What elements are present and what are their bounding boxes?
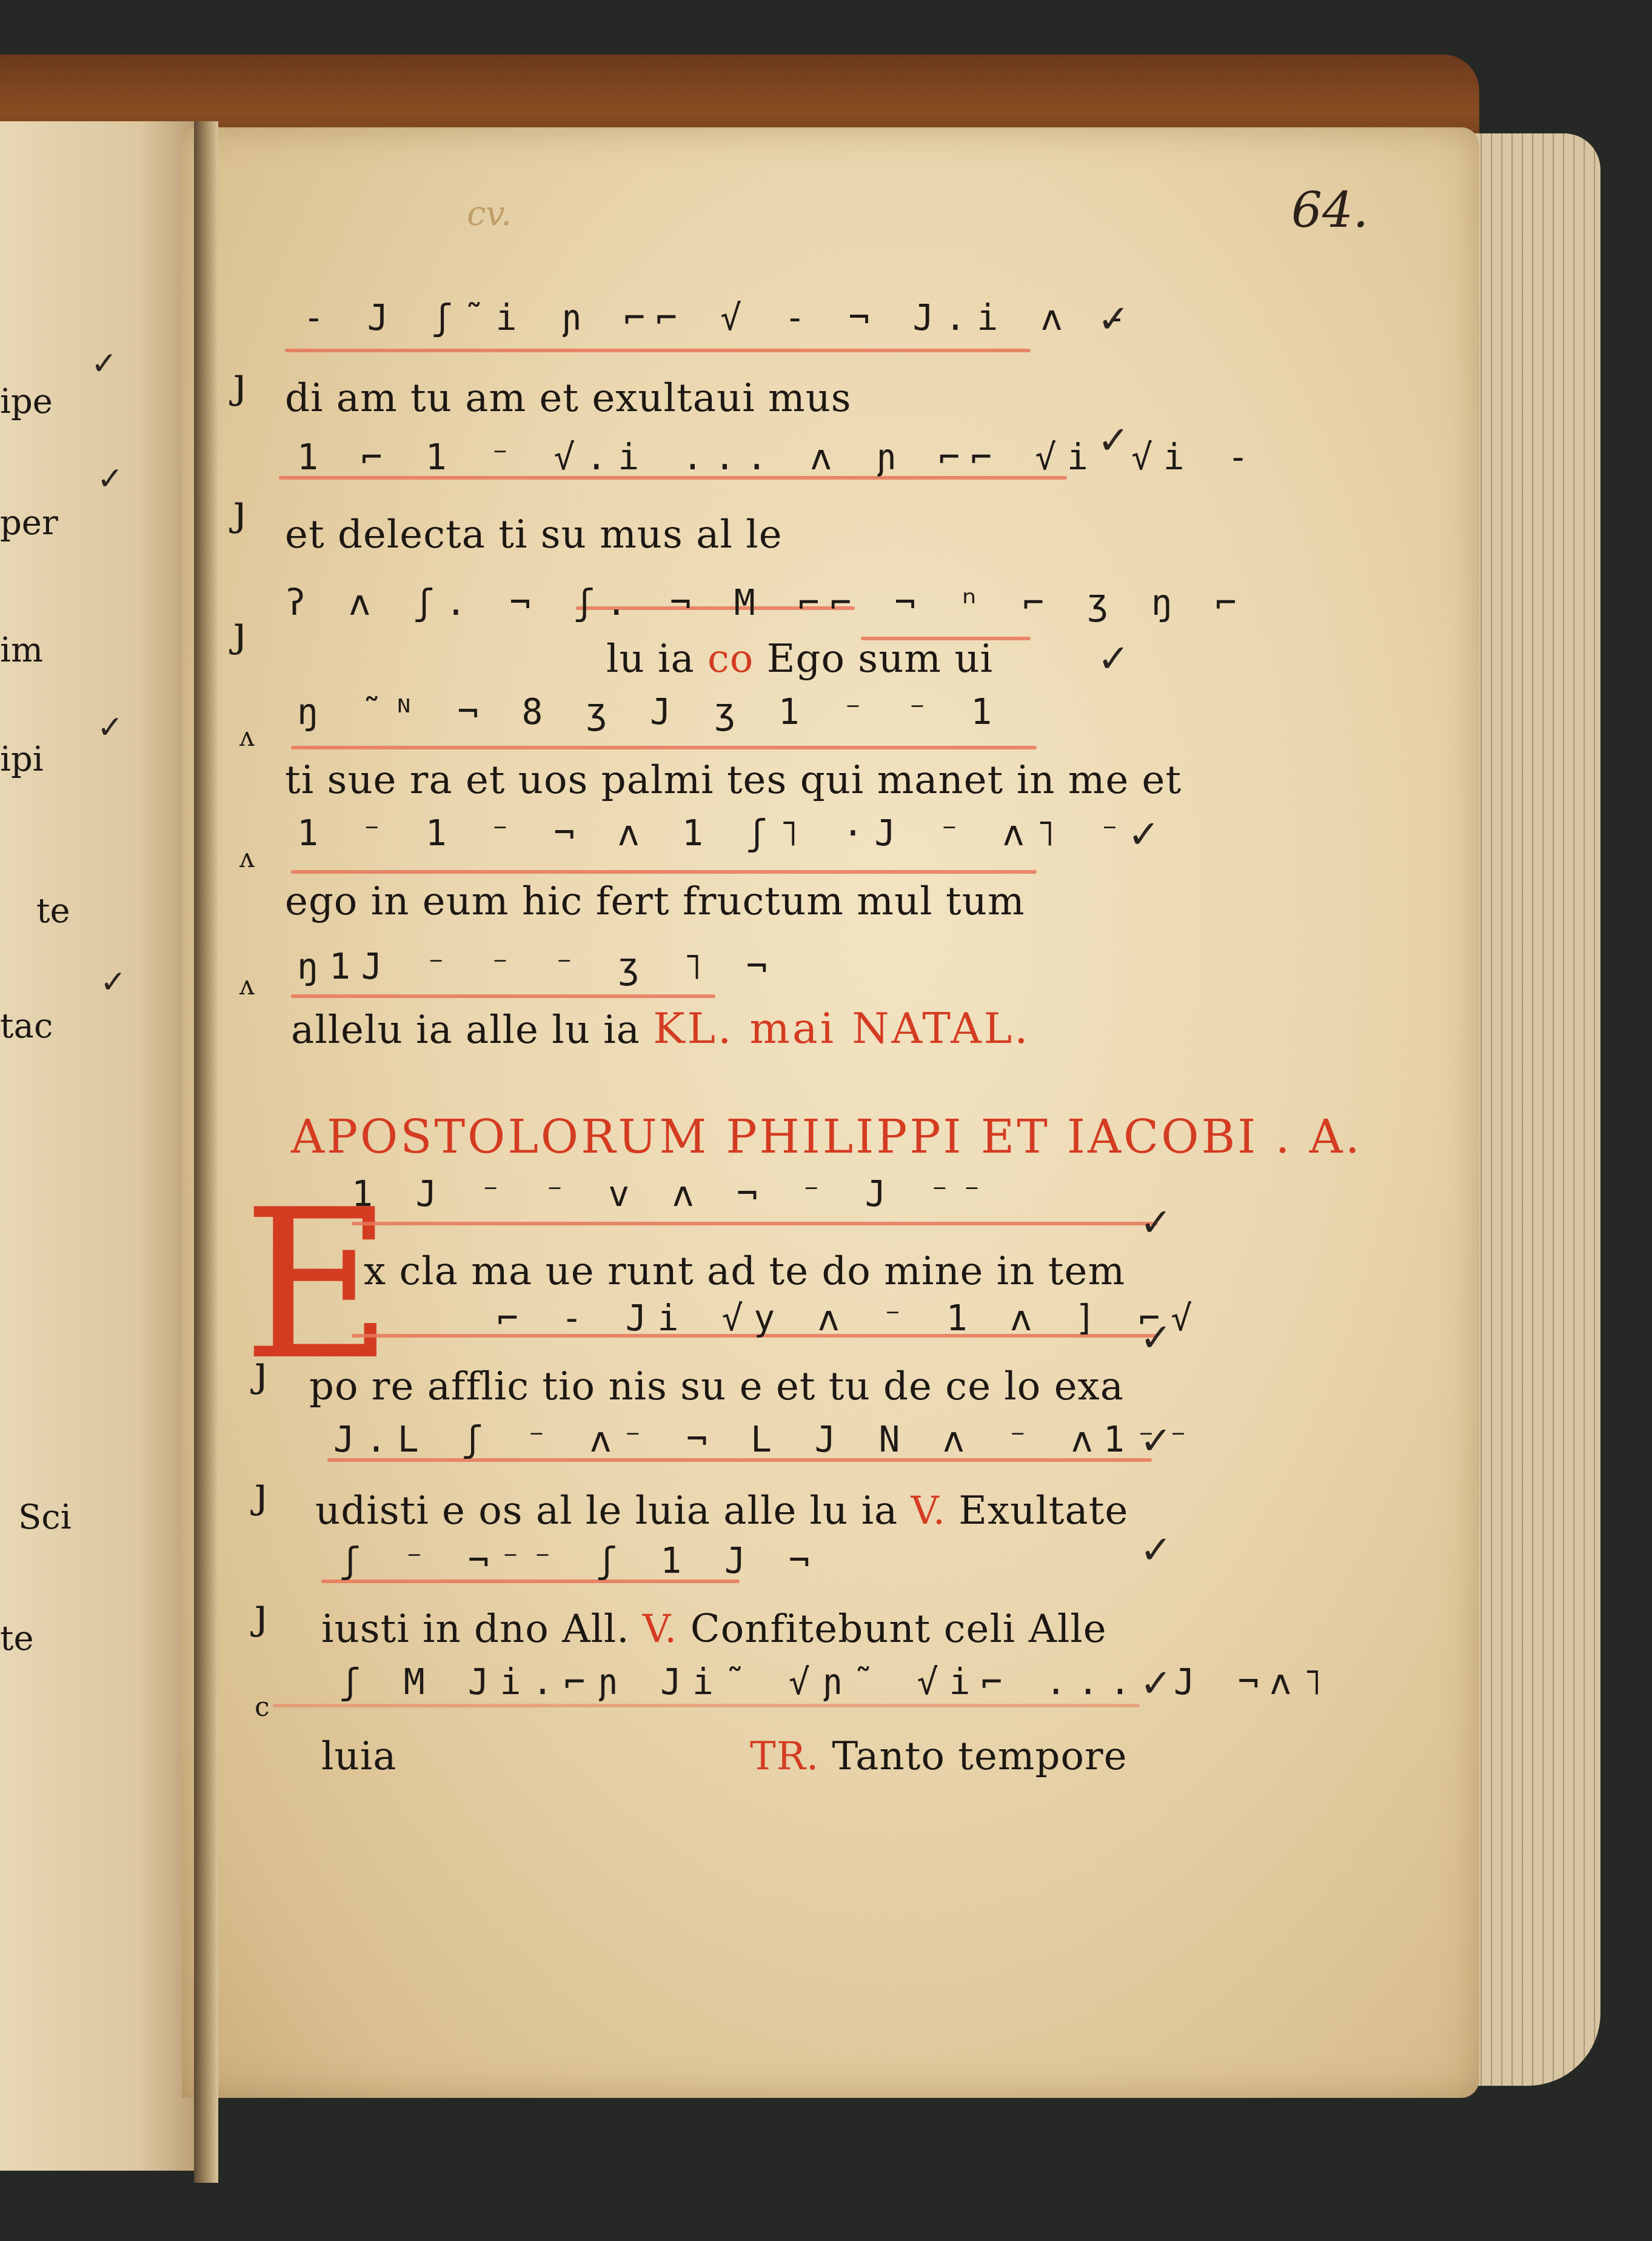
rubric-tract: TR. bbox=[750, 1734, 819, 1779]
library-stamp: cv. bbox=[467, 194, 512, 233]
clef-letter: c bbox=[255, 1692, 270, 1723]
custos-mark: ✓ bbox=[97, 461, 124, 497]
clef-letter: ᴧ bbox=[239, 970, 255, 1001]
left-fragment: tac bbox=[0, 1007, 53, 1046]
neume-line: ⌐ - Ji √y ʌ ⁻ 1 ʌ ] ⌐√ bbox=[497, 1298, 1203, 1339]
neume-line: 1 ⁻ 1 ⁻ ¬ ʌ 1 ʃ˥ ·J ⁻ ʌ˥ ⁻ bbox=[297, 812, 1131, 854]
neume-line: - J ʃ˜i ɲ ⌐⌐ √ - ¬ J.i ʌ - bbox=[303, 297, 1137, 338]
neume-line: ŋ1J ⁻ ⁻ ⁻ ʒ ˥ ¬ bbox=[297, 946, 778, 987]
rubric-verse: V. bbox=[911, 1489, 946, 1533]
chant-text: di am tu am et exultaui mus bbox=[285, 376, 852, 421]
clef-letter: ᴧ bbox=[239, 843, 255, 874]
gutter bbox=[194, 121, 218, 2183]
chant-text: ti sue ra et uos palmi tes qui manet in … bbox=[285, 758, 1182, 803]
left-fragment: ipi bbox=[0, 740, 44, 779]
clef-letter: ȷ bbox=[255, 1346, 268, 1396]
custos-mark: ✓ bbox=[100, 964, 127, 1000]
clef-letter: ȷ bbox=[233, 485, 247, 535]
custos-mark: ✓ bbox=[1097, 637, 1130, 682]
neume-line: J.L ʃ ⁻ ʌ⁻ ¬ L J N ʌ ⁻ ʌ1⁻⁻ bbox=[333, 1419, 1200, 1460]
left-page bbox=[0, 121, 202, 2171]
chant-text: allelu ia alle lu ia KL. mai NATAL. bbox=[291, 1003, 1030, 1053]
chant-text: lu ia co Ego sum ui bbox=[606, 637, 993, 682]
folio-number: 64. bbox=[1291, 182, 1368, 238]
left-fragment: Sci bbox=[18, 1498, 72, 1537]
custos-mark: ✓ bbox=[1140, 1201, 1172, 1245]
rubric-communion: co bbox=[707, 637, 754, 682]
left-fragment: im bbox=[0, 631, 43, 670]
custos-mark: ✓ bbox=[97, 709, 124, 746]
left-fragment: te bbox=[36, 891, 70, 931]
chant-text: et delecta ti su mus al le bbox=[285, 512, 783, 557]
clef-letter: ȷ bbox=[233, 606, 247, 656]
custos-mark: ✓ bbox=[1097, 297, 1130, 342]
chant-text: udisti e os al le luia alle lu ia V. Exu… bbox=[315, 1489, 1128, 1533]
chant-text: iusti in dno All. V. Confitebunt celi Al… bbox=[321, 1607, 1107, 1652]
neume-line: ʔ ʌ ʃ. ¬ ʃ. ¬ M ⌐⌐ ¬ ⁿ ⌐ ʒ ŋ ⌐ bbox=[285, 582, 1248, 623]
left-fragment: te bbox=[0, 1619, 34, 1658]
custos-mark: ✓ bbox=[1140, 1419, 1172, 1464]
rubric-verse: V. bbox=[643, 1607, 677, 1652]
chant-text: ego in eum hic fert fructum mul tum bbox=[285, 879, 1025, 924]
chant-text: x cla ma ue runt ad te do mine in tem bbox=[364, 1249, 1125, 1294]
neume-line: ŋ ˜ᴺ ¬ 8 ʒ J ʒ 1 ⁻ ⁻ 1 bbox=[297, 691, 1003, 732]
rubric-feast-date: KL. mai NATAL. bbox=[653, 1003, 1030, 1053]
custos-mark: ✓ bbox=[1140, 1661, 1172, 1706]
clef-letter: ȷ bbox=[255, 1589, 268, 1638]
neume-line: ʃ ⁻ ¬⁻⁻ ʃ 1 J ¬ bbox=[339, 1540, 821, 1581]
neume-line: 1 J ⁻ ⁻ v ʌ ¬ ⁻ J ⁻⁻ bbox=[352, 1173, 993, 1214]
clef-letter: ȷ bbox=[233, 358, 247, 407]
custos-mark: ✓ bbox=[91, 346, 118, 382]
feast-heading: APOSTOLORUM PHILIPPI ET IACOBI . A. bbox=[291, 1110, 1362, 1164]
chant-text: po re afflic tio nis su e et tu de ce lo… bbox=[309, 1364, 1124, 1409]
neume-line: ʃ M Ji.⌐ɲ Ji˜ √ɲ˜ √i⌐ ... J ¬ʌ˥ bbox=[339, 1661, 1334, 1703]
clef-letter: ȷ bbox=[255, 1467, 268, 1517]
custos-mark: ✓ bbox=[1128, 812, 1160, 857]
chant-text: luia TR. Tanto tempore bbox=[321, 1734, 1128, 1779]
left-fragment: ipe bbox=[0, 382, 53, 421]
custos-mark: ✓ bbox=[1097, 418, 1130, 463]
clef-letter: ᴧ bbox=[239, 722, 255, 752]
custos-mark: ✓ bbox=[1140, 1528, 1172, 1573]
left-fragment: per bbox=[0, 503, 58, 543]
custos-mark: ✓ bbox=[1140, 1316, 1172, 1361]
